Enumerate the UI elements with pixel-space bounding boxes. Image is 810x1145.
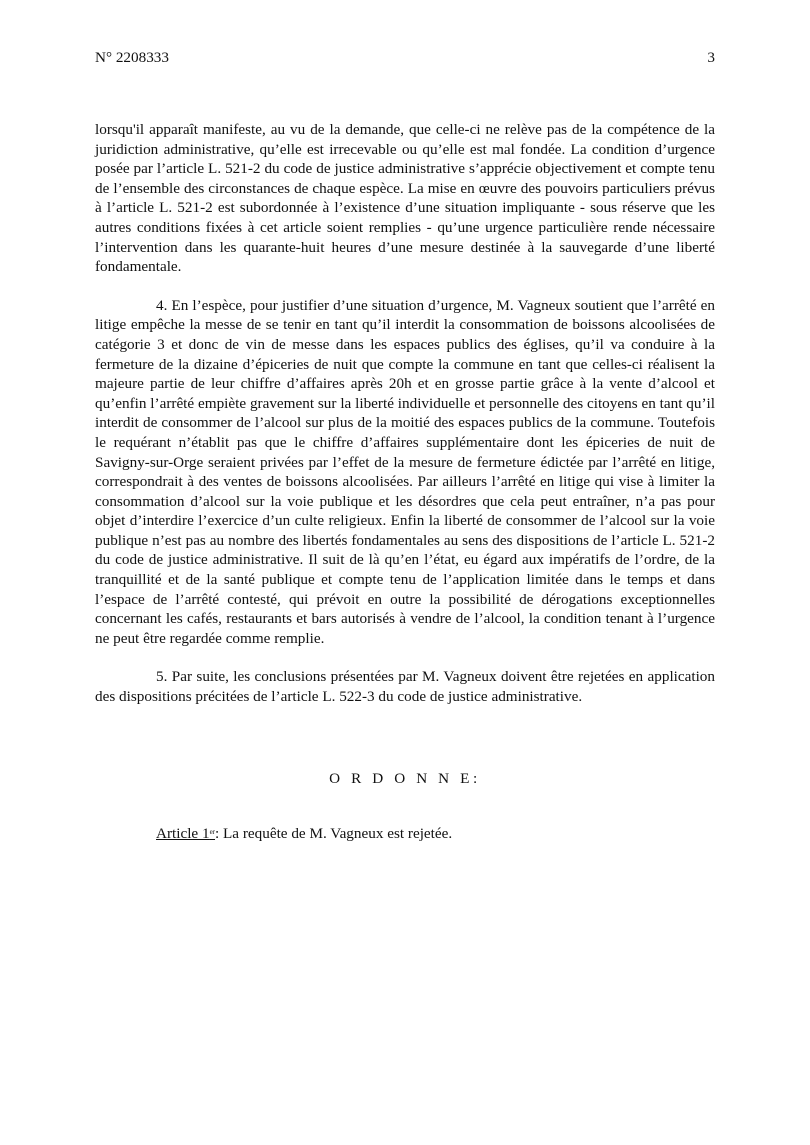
article-label-text: Article 1 bbox=[156, 825, 210, 842]
paragraph-5: 5. Par suite, les conclusions présentées… bbox=[95, 667, 715, 706]
case-number: N° 2208333 bbox=[95, 49, 169, 67]
document-body: lorsqu'il apparaît manifeste, au vu de l… bbox=[95, 120, 715, 707]
article-text: : La requête de M. Vagneux est rejetée. bbox=[215, 825, 452, 842]
paragraph-continuation: lorsqu'il apparaît manifeste, au vu de l… bbox=[95, 120, 715, 277]
article-label: Article 1er bbox=[156, 825, 215, 842]
article-1: Article 1er: La requête de M. Vagneux es… bbox=[156, 825, 452, 843]
ordonne-heading: O R D O N N E: bbox=[0, 770, 810, 788]
paragraph-4: 4. En l’espèce, pour justifier d’une sit… bbox=[95, 296, 715, 649]
page-number: 3 bbox=[707, 49, 715, 67]
